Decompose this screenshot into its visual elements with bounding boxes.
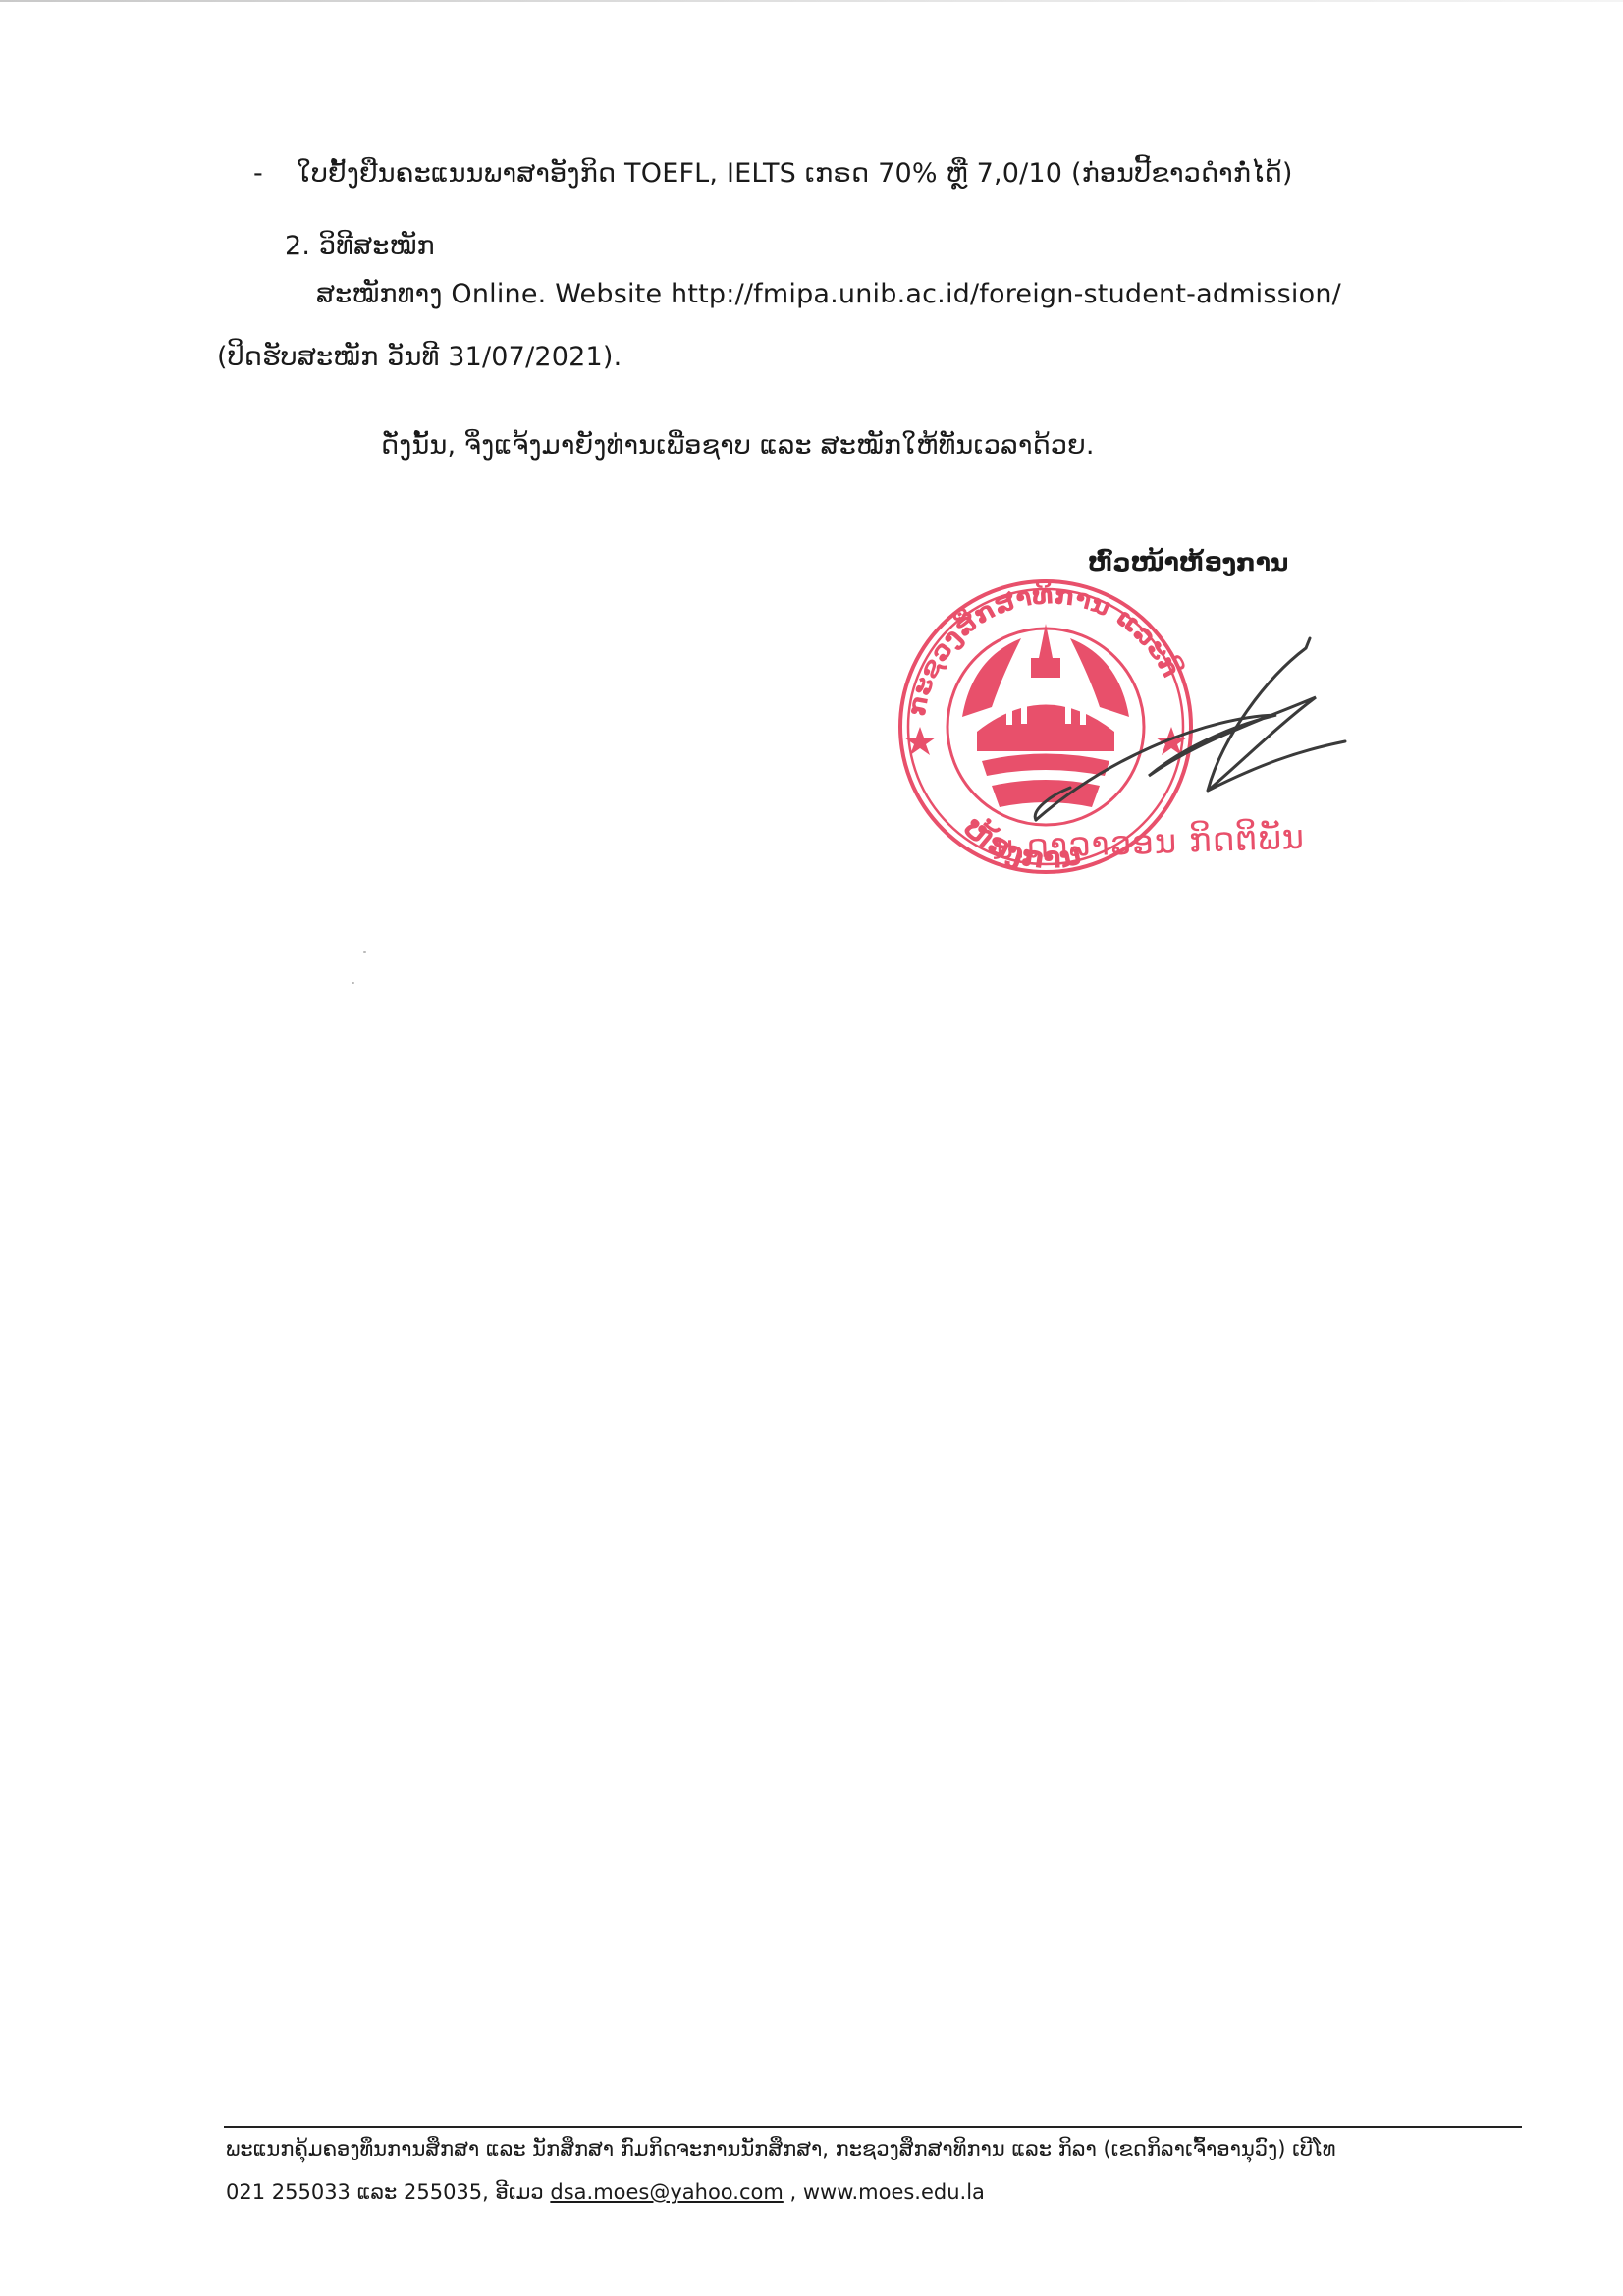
footer-phone: 021 255033 ແລະ 255035, ອີເມວ xyxy=(226,2180,550,2204)
footer-email-link[interactable]: dsa.moes@yahoo.com xyxy=(550,2180,783,2204)
footer-separator: , xyxy=(784,2180,803,2204)
scan-artifact xyxy=(352,982,354,984)
application-instruction: ສະໝັກທາງ Online. Website http://fmipa.un… xyxy=(316,277,1341,312)
section-heading: 2. ວິທີສະໝັກ xyxy=(285,229,435,264)
language-certificate-text: ໃບຢັ້ງຢືນຄະແນນພາສາອັງກິດ TOEFL, IELTS ເກ… xyxy=(297,158,1293,189)
signer-title: ຫົວໜ້າຫ້ອງການ xyxy=(1088,548,1288,576)
footer-contact: 021 255033 ແລະ 255035, ອີເມວ dsa.moes@ya… xyxy=(226,2178,985,2206)
scan-top-edge xyxy=(0,0,1623,2)
footer-divider xyxy=(224,2126,1522,2128)
svg-text:ກະຊວງສຶກສາທິການ ແລະກິລາ: ກະຊວງສຶກສາທິການ ແລະກິລາ xyxy=(884,579,1188,718)
closing-paragraph: ດັ່ງນັ້ນ, ຈິ່ງແຈ້ງມາຍັງທ່ານເພື່ອຊາບ ແລະ … xyxy=(381,428,1095,464)
application-deadline: (ປິດຮັບສະໝັກ ວັນທີ 31/07/2021). xyxy=(217,340,622,375)
footer-department: ພະແນກຄຸ້ມຄອງທຶນການສຶກສາ ແລະ ນັກສຶກສາ ກົມ… xyxy=(226,2135,1336,2162)
footer-website-link[interactable]: www.moes.edu.la xyxy=(803,2180,985,2204)
scan-artifact xyxy=(363,951,366,953)
requirement-item: -ໃບຢັ້ງຢືນຄະແນນພາສາອັງກິດ TOEFL, IELTS ເ… xyxy=(253,156,1293,191)
bullet-dash: - xyxy=(253,156,297,191)
